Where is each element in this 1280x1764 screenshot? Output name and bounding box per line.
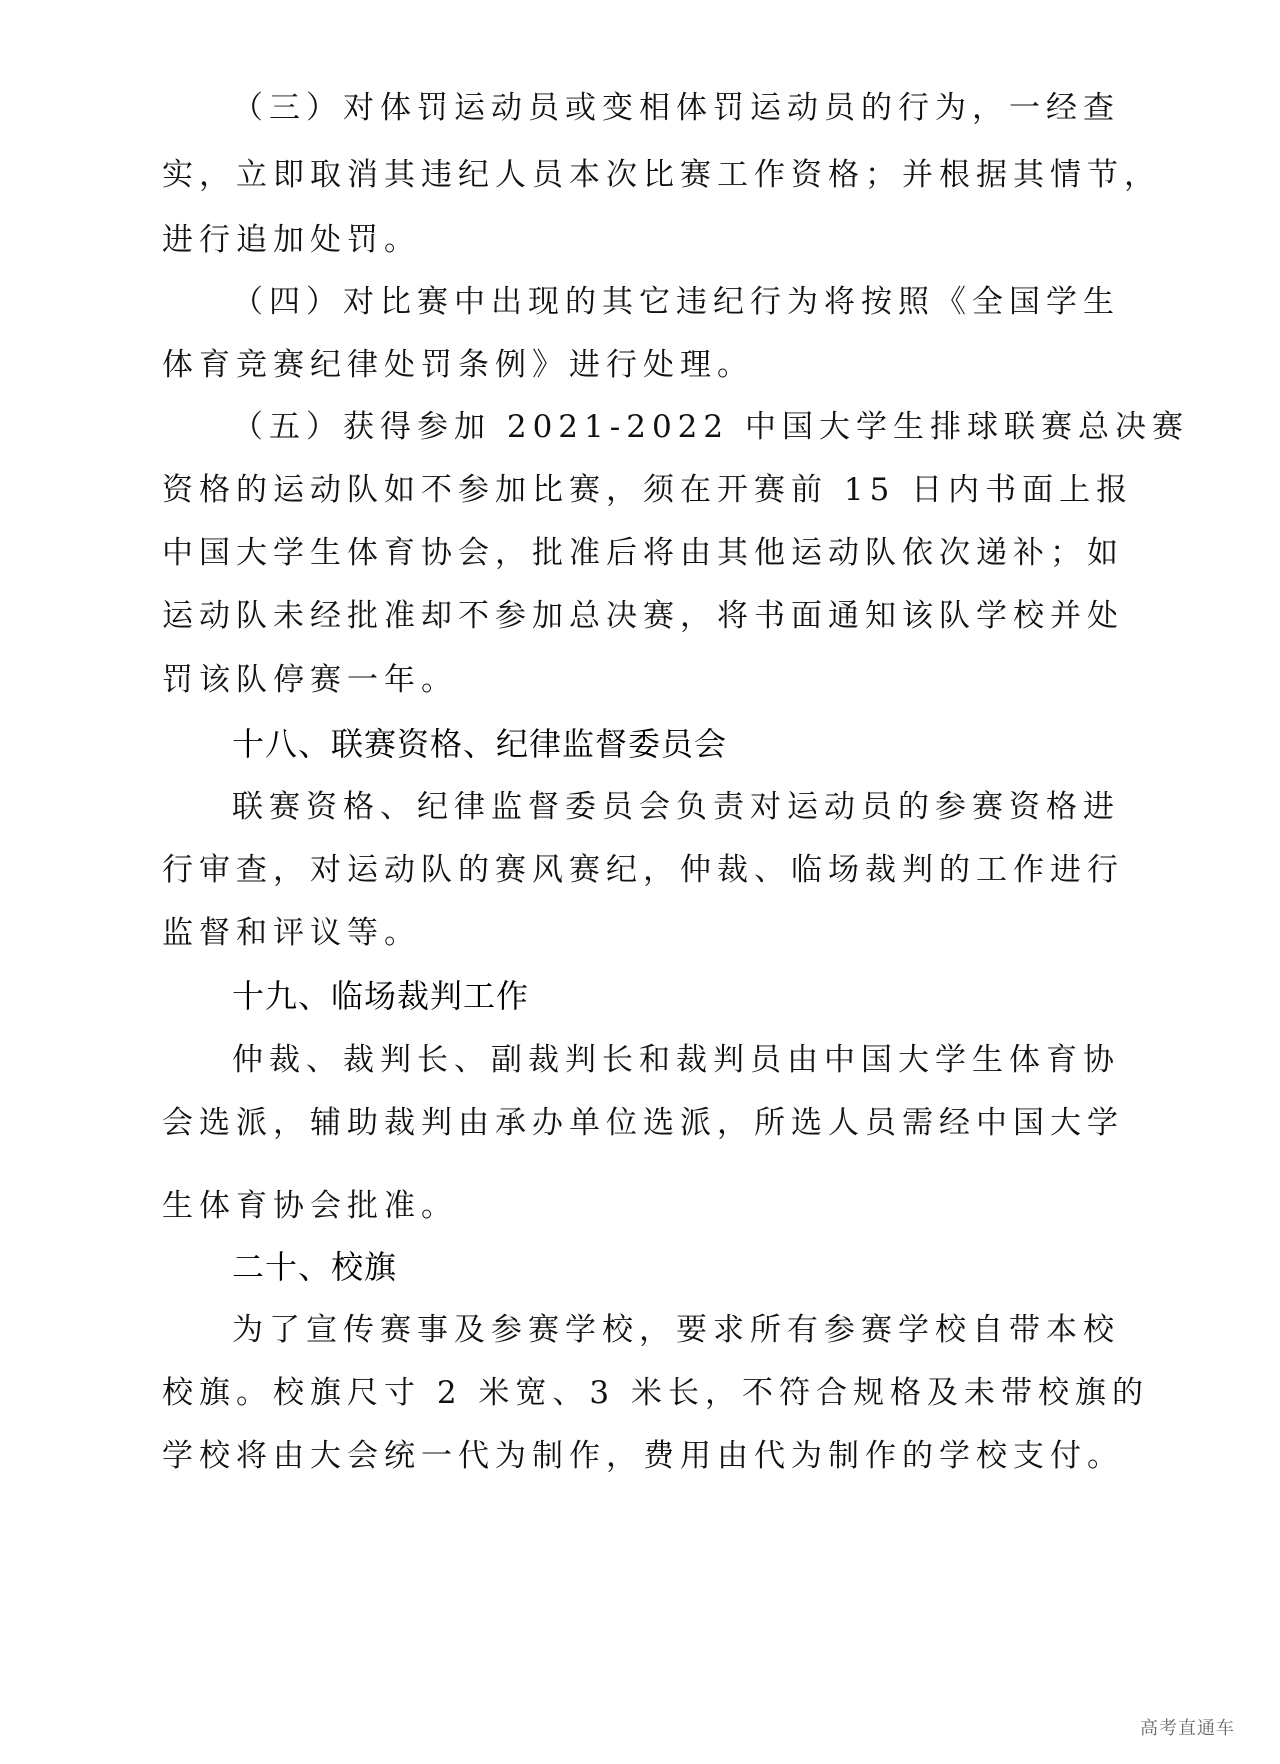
paragraph-line: 生体育协会批准。	[162, 1186, 1002, 1226]
paragraph-line: 罚该队停赛一年。	[162, 660, 1002, 700]
paragraph-line: 实，立即取消其违纪人员本次比赛工作资格；并根据其情节，	[162, 155, 1002, 195]
paragraph-line: 资格的运动队如不参加比赛，须在开赛前 15 日内书面上报	[162, 470, 1002, 510]
paragraph-line: 为了宣传赛事及参赛学校，要求所有参赛学校自带本校	[232, 1310, 1002, 1350]
paragraph-line: 行审查，对运动队的赛风赛纪，仲裁、临场裁判的工作进行	[162, 850, 1002, 890]
document-page: （三）对体罚运动员或变相体罚运动员的行为，一经查 实，立即取消其违纪人员本次比赛…	[0, 0, 1280, 1764]
paragraph-line: 学校将由大会统一代为制作，费用由代为制作的学校支付。	[162, 1436, 1002, 1476]
paragraph-line: 进行追加处罚。	[162, 220, 1002, 260]
paragraph-line: 会选派，辅助裁判由承办单位选派，所选人员需经中国大学	[162, 1103, 1002, 1143]
section-heading: 二十、校旗	[232, 1247, 397, 1287]
paragraph-line: 体育竞赛纪律处罚条例》进行处理。	[162, 345, 1002, 385]
paragraph-line: （五）获得参加 2021-2022 中国大学生排球联赛总决赛	[232, 407, 1002, 447]
paragraph-line: 校旗。校旗尺寸 2 米宽、3 米长，不符合规格及未带校旗的	[162, 1373, 1002, 1413]
paragraph-line: 仲裁、裁判长、副裁判长和裁判员由中国大学生体育协	[232, 1040, 1002, 1080]
paragraph-line: （四）对比赛中出现的其它违纪行为将按照《全国学生	[232, 282, 1002, 322]
section-heading: 十八、联赛资格、纪律监督委员会	[232, 724, 727, 764]
paragraph-line: 中国大学生体育协会，批准后将由其他运动队依次递补；如	[162, 533, 1002, 573]
section-heading: 十九、临场裁判工作	[232, 976, 529, 1016]
watermark-text: 高考直通车	[1140, 1718, 1235, 1740]
paragraph-line: 联赛资格、纪律监督委员会负责对运动员的参赛资格进	[232, 787, 1002, 827]
paragraph-line: （三）对体罚运动员或变相体罚运动员的行为，一经查	[232, 88, 1002, 128]
paragraph-line: 运动队未经批准却不参加总决赛，将书面通知该队学校并处	[162, 596, 1002, 636]
paragraph-line: 监督和评议等。	[162, 913, 1002, 953]
